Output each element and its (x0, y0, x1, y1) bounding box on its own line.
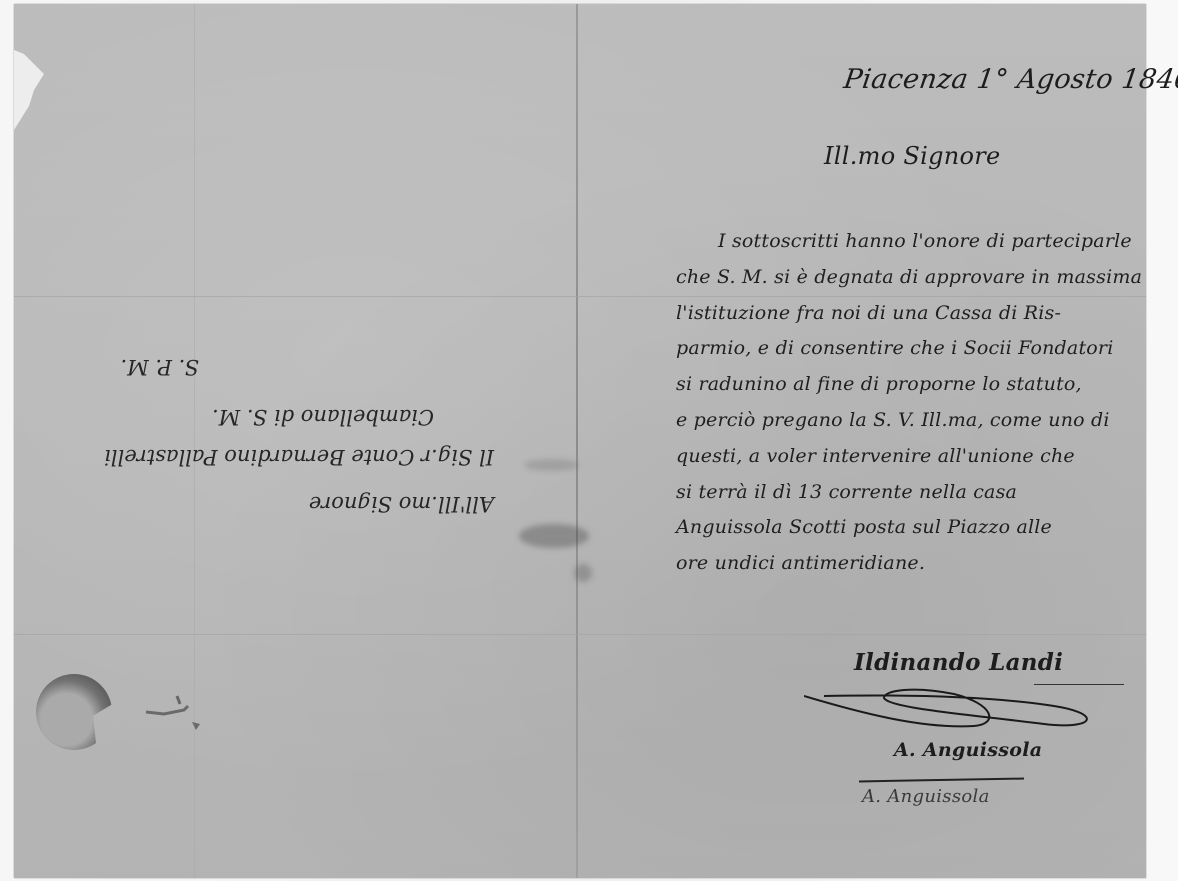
body-line: I sottoscritti hanno l'onore di partecip… (676, 224, 1146, 260)
signature-flourish-icon (804, 684, 1104, 744)
wax-fragments-icon (144, 694, 204, 734)
address-line-2: Il Sig.r Conte Bernardino Pallastrelli (104, 445, 494, 469)
body-line: ore undici antimeridiane. (676, 546, 1146, 582)
salutation: Ill.mo Signore (824, 142, 1001, 170)
address-line-4: S. P. M. (121, 355, 199, 379)
body-line: si radunino al fine di proporne lo statu… (676, 367, 1146, 403)
signature-landi: Ildinando Landi (854, 649, 1063, 676)
date-line: Piacenza 1° Agosto 1846 (842, 64, 1178, 95)
letter-sheet: All'Ill.mo Signore Il Sig.r Conte Bernar… (14, 4, 1146, 878)
letter-right-page: Piacenza 1° Agosto 1846 Ill.mo Signore I… (594, 34, 1154, 854)
signature-underline (859, 778, 1024, 783)
body-line: l'istituzione fra noi di una Cassa di Ri… (676, 296, 1146, 332)
address-line-1: All'Ill.mo Signore (309, 492, 494, 516)
body-line: questi, a voler intervenire all'unione c… (676, 439, 1146, 475)
wax-seal-icon (36, 674, 112, 750)
address-line-3: Ciambellano di S. M. (212, 405, 434, 429)
address-block-upside-down: All'Ill.mo Signore Il Sig.r Conte Bernar… (54, 334, 534, 524)
body-line: parmio, e di consentire che i Socii Fond… (676, 331, 1146, 367)
ink-stain-small (574, 564, 592, 582)
body-line: e perciò pregano la S. V. Ill.ma, come u… (676, 403, 1146, 439)
body-line: si terrà il dì 13 corrente nella casa (676, 475, 1146, 511)
center-fold-line (576, 4, 578, 878)
body-line: che S. M. si è degnata di approvare in m… (676, 260, 1146, 296)
signature-anguissola-1: A. Anguissola (894, 739, 1042, 761)
body-line: Anguissola Scotti posta sul Piazzo alle (676, 510, 1146, 546)
letter-body: I sottoscritti hanno l'onore di partecip… (676, 224, 1146, 582)
signature-anguissola-2: A. Anguissola (862, 786, 990, 807)
ink-stain (519, 524, 589, 548)
